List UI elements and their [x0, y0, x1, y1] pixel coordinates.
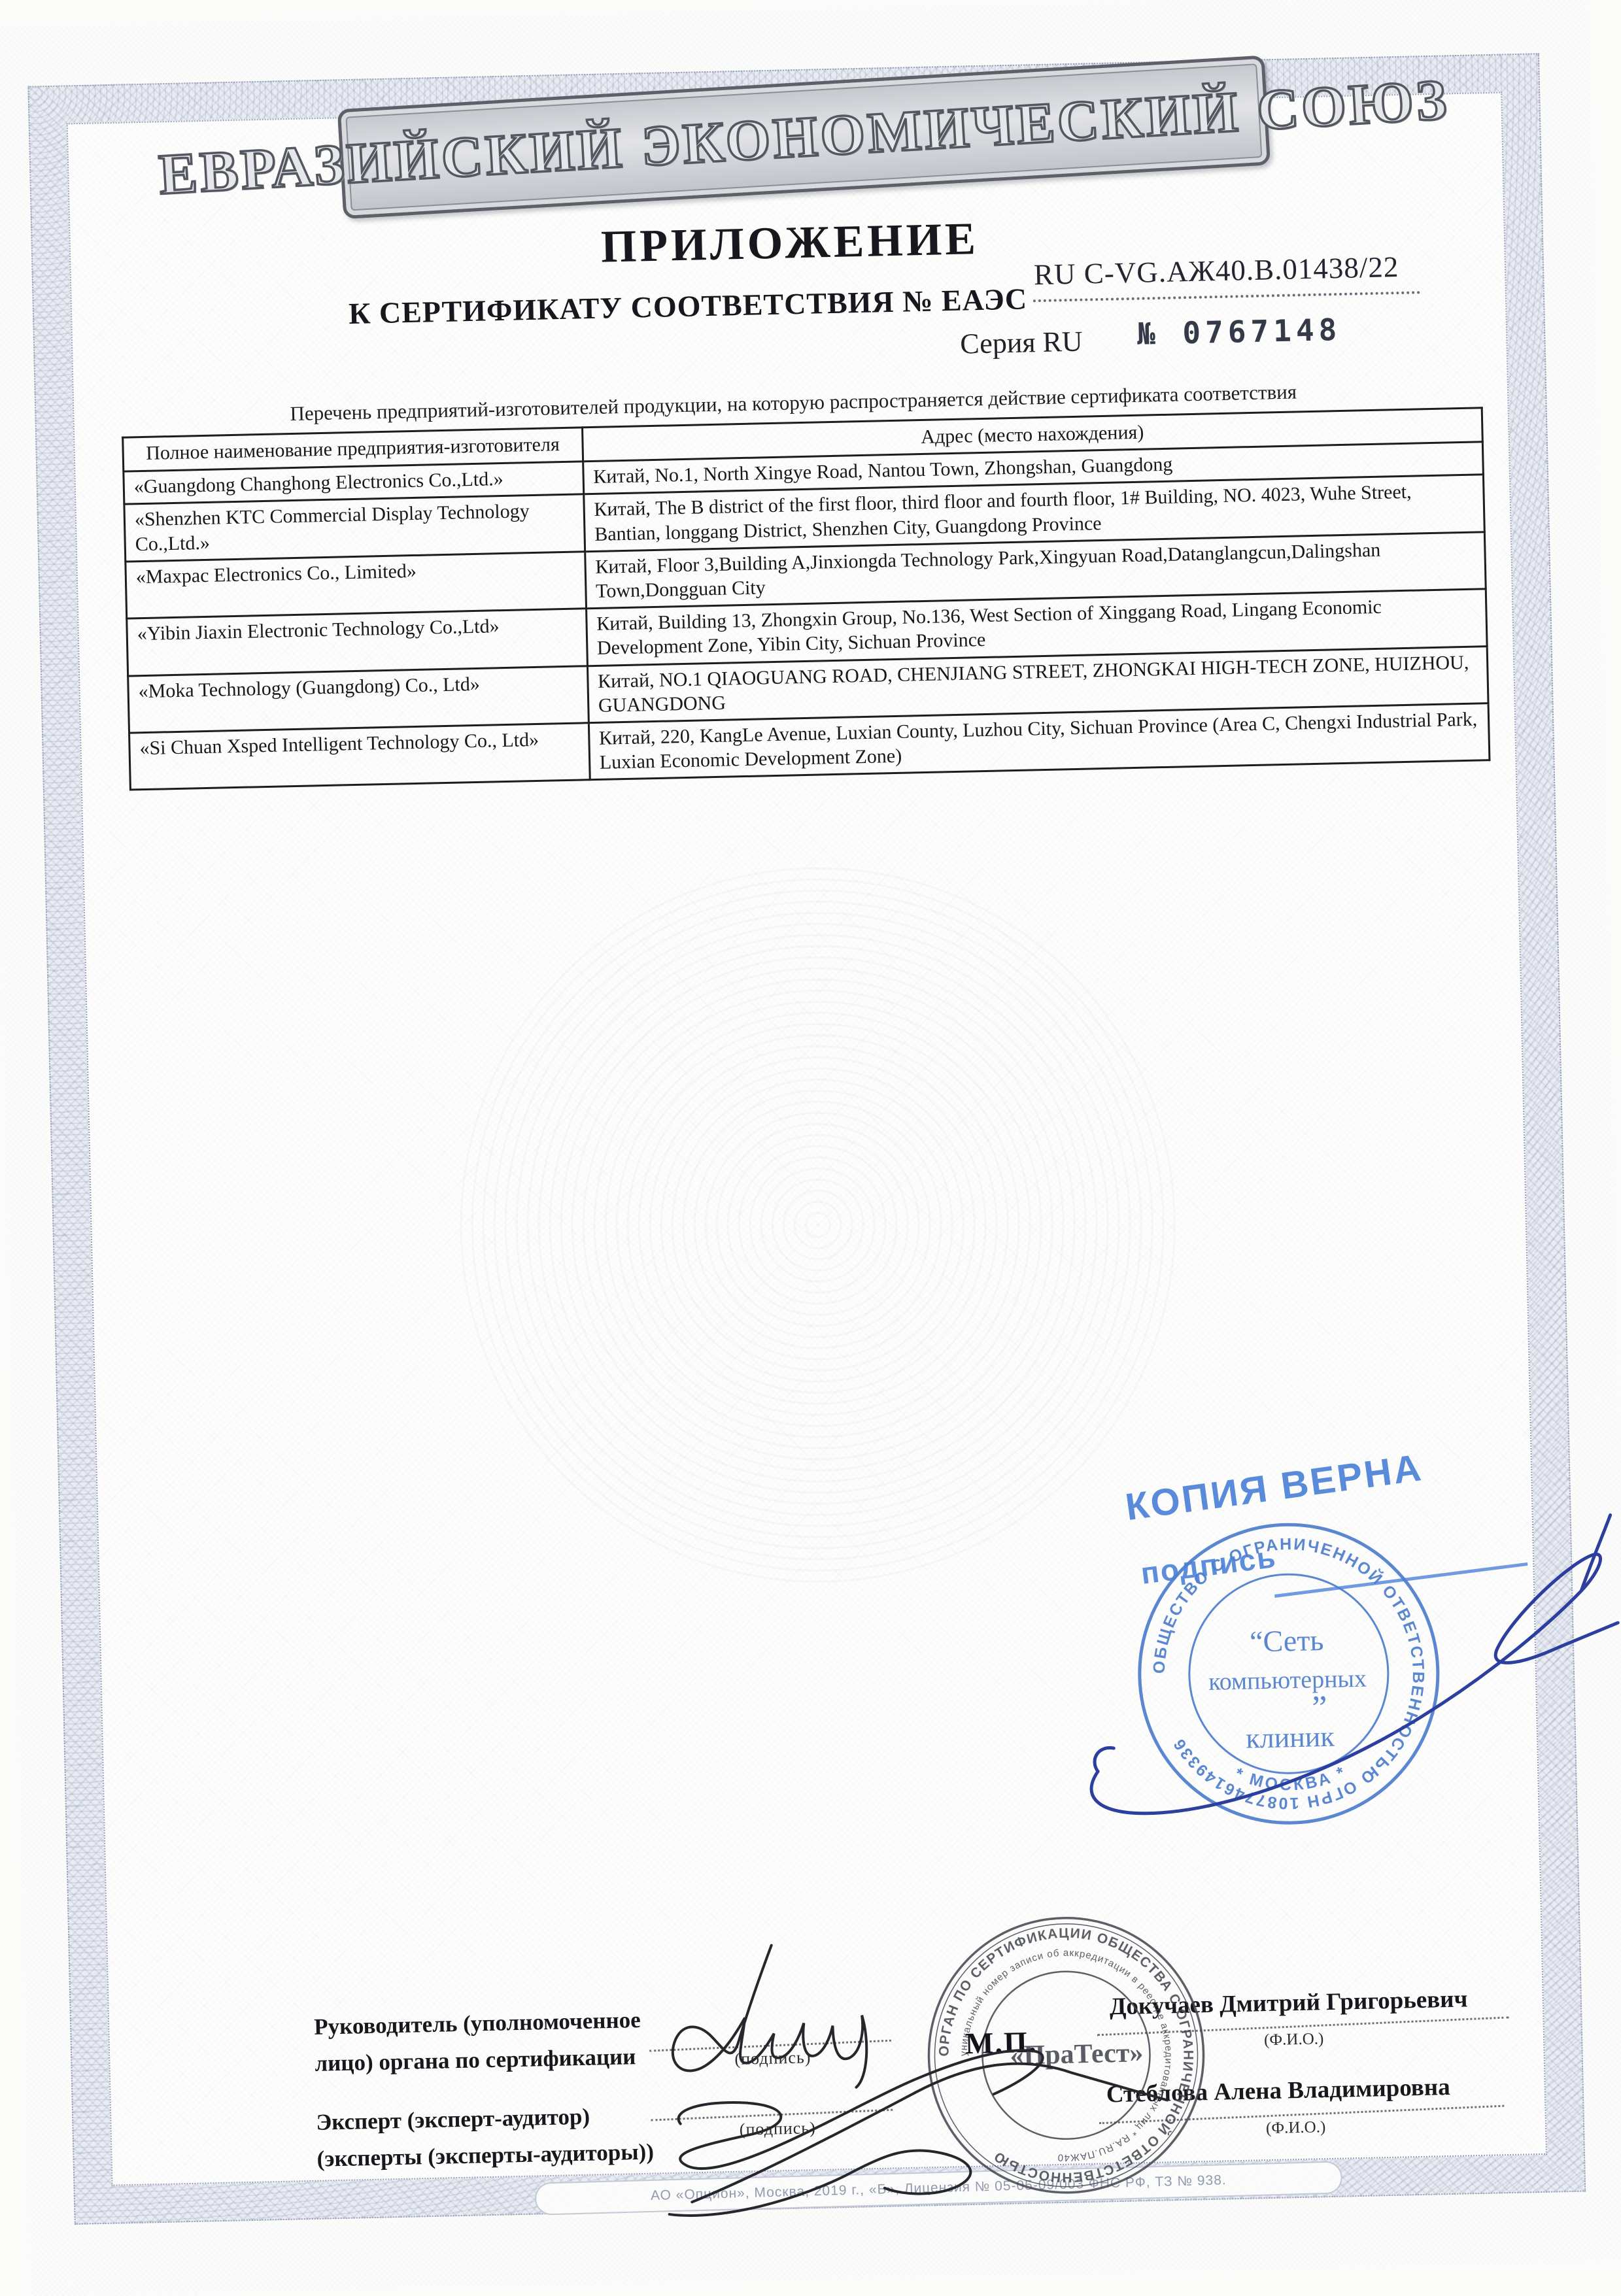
blank-number: № 0767148: [1136, 312, 1341, 352]
expert-label-line1: Эксперт (эксперт-аудитор): [316, 2104, 590, 2135]
scanned-certificate-page: ЕВРАЗИЙСКИЙ ЭКОНОМИЧЕСКИЙ СОЮЗ ПРИЛОЖЕНИ…: [0, 0, 1621, 2293]
manufacturer-name: «Moka Technology (Guangdong) Co., Ltd»: [128, 666, 589, 733]
manufacturer-name: «Shenzhen KTC Commercial Display Technol…: [124, 494, 585, 562]
fio-caption-expert: (Ф.И.О.): [1266, 2118, 1326, 2138]
handwritten-signature-blue: [1012, 1430, 1621, 1914]
fio-caption-head: (Ф.И.О.): [1264, 2030, 1324, 2050]
manufacturer-name: «Maxpac Electronics Co., Limited»: [126, 552, 586, 619]
handwritten-signatures-black: [571, 1883, 1233, 2263]
manufacturer-name: «Si Chuan Xsped Intelligent Technology C…: [129, 723, 590, 790]
manufacturers-table: Полное наименование предприятия-изготови…: [122, 407, 1490, 791]
series-label: Серия RU: [960, 325, 1083, 361]
manufacturer-name: «Yibin Jiaxin Electronic Technology Co.,…: [127, 609, 587, 676]
